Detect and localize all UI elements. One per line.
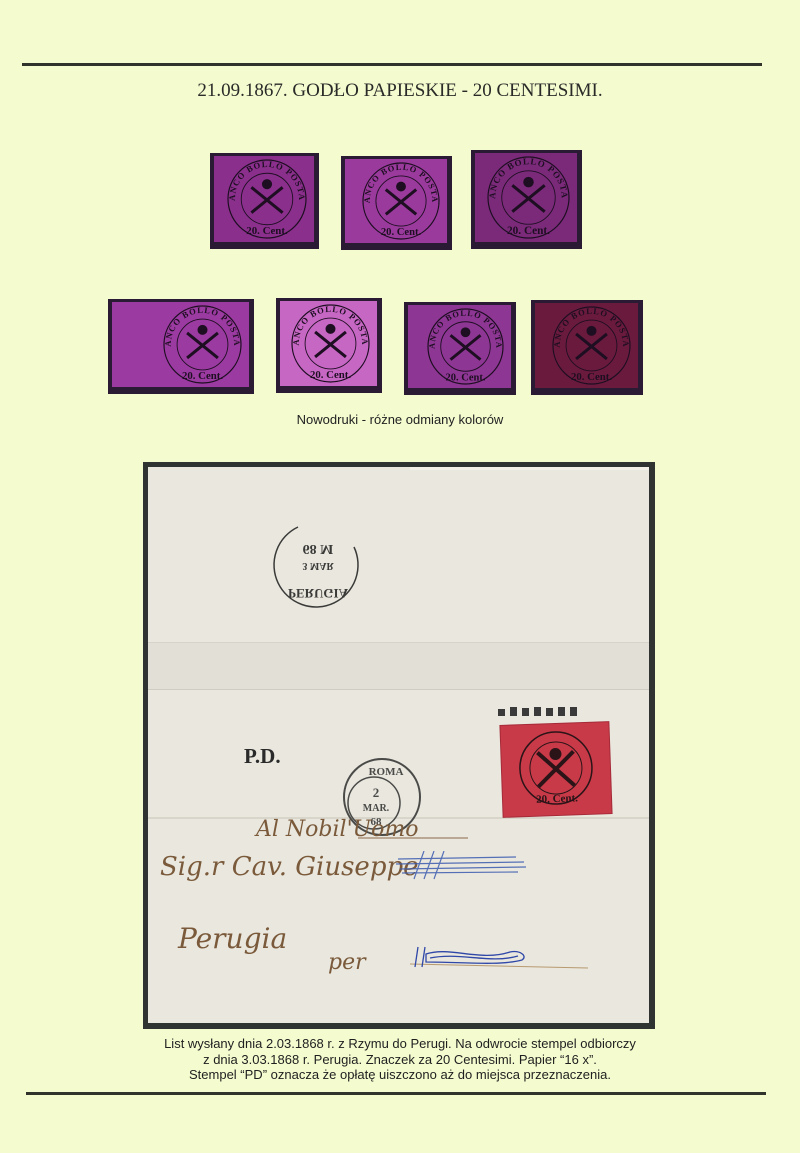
svg-text:3 MAR: 3 MAR xyxy=(302,560,334,571)
postal-cover: PERUGIA 3 MAR 68 M P.D. ROMA 2 MAR. 68 2… xyxy=(148,467,649,1023)
stamp-row2-4: FRANCO BOLLO POSTALE20. Cent. xyxy=(531,300,643,395)
svg-text:20. Cent.: 20. Cent. xyxy=(536,792,579,805)
top-divider xyxy=(22,63,762,66)
stamp-paper: FRANCO BOLLO POSTALE20. Cent. xyxy=(345,159,447,243)
grid-cancel xyxy=(496,703,586,719)
svg-text:20. Cent.: 20. Cent. xyxy=(182,370,223,382)
description-line-1: List wysłany dnia 2.03.1868 r. z Rzymu d… xyxy=(0,1036,800,1052)
address-line-2: Sig.r Cav. Giuseppe xyxy=(160,852,419,882)
stamp-row1-2: FRANCO BOLLO POSTALE20. Cent. xyxy=(341,156,452,250)
stamp-paper: FRANCO BOLLO POSTALE20. Cent. xyxy=(535,303,638,388)
papal-arms-icon: FRANCO BOLLO POSTALE20. Cent. xyxy=(345,159,447,243)
svg-text:2: 2 xyxy=(373,785,380,800)
cover-description: List wysłany dnia 2.03.1868 r. z Rzymu d… xyxy=(0,1036,800,1083)
crossed-out-route xyxy=(410,942,590,972)
svg-text:20. Cent.: 20. Cent. xyxy=(310,369,351,381)
stamp-row1-3: FRANCO BOLLO POSTALE20. Cent. xyxy=(471,150,582,249)
bottom-divider xyxy=(26,1092,766,1095)
svg-text:20. Cent.: 20. Cent. xyxy=(571,371,612,383)
papal-arms-icon: FRANCO BOLLO POSTALE20. Cent. xyxy=(112,302,249,387)
stamp-paper: FRANCO BOLLO POSTALE20. Cent. xyxy=(112,302,249,387)
papal-arms-icon: FRANCO BOLLO POSTALE20. Cent. xyxy=(214,156,314,242)
svg-text:20. Cent.: 20. Cent. xyxy=(446,372,486,383)
svg-text:PERUGIA: PERUGIA xyxy=(288,586,349,601)
svg-text:ROMA: ROMA xyxy=(369,766,404,778)
page-title: 21.09.1867. GODŁO PAPIESKIE - 20 CENTESI… xyxy=(0,80,800,102)
stamp-paper: FRANCO BOLLO POSTALE20. Cent. xyxy=(214,156,314,242)
pd-postmark: P.D. xyxy=(244,744,281,769)
stamp-row1-1: FRANCO BOLLO POSTALE20. Cent. xyxy=(210,153,319,249)
papal-arms-icon: FRANCO BOLLO POSTALE20. Cent. xyxy=(475,153,577,242)
address-line-4: per xyxy=(328,950,366,975)
stamp-row2-3: FRANCO BOLLO POSTALE20. Cent. xyxy=(404,302,516,395)
svg-text:20. Cent.: 20. Cent. xyxy=(246,225,288,237)
cover-stamp: 20. Cent. xyxy=(500,722,611,817)
svg-text:MAR.: MAR. xyxy=(363,803,390,814)
papal-arms-icon: FRANCO BOLLO POSTALE20. Cent. xyxy=(280,301,377,386)
svg-text:20. Cent.: 20. Cent. xyxy=(381,227,422,238)
description-line-2: z dnia 3.03.1868 r. Perugia. Znaczek za … xyxy=(0,1052,800,1068)
papal-arms-icon: FRANCO BOLLO POSTALE20. Cent. xyxy=(408,305,511,388)
address-line-3: Perugia xyxy=(178,922,287,955)
svg-text:68 M: 68 M xyxy=(303,541,334,556)
stamp-row2-1: FRANCO BOLLO POSTALE20. Cent. xyxy=(108,299,254,394)
svg-text:20. Cent.: 20. Cent. xyxy=(507,225,550,237)
reprints-caption: Nowodruki - różne odmiany kolorów xyxy=(0,412,800,427)
stamp-paper: FRANCO BOLLO POSTALE20. Cent. xyxy=(280,301,377,386)
stamp-paper: FRANCO BOLLO POSTALE20. Cent. xyxy=(408,305,511,388)
papal-arms-icon: FRANCO BOLLO POSTALE20. Cent. xyxy=(535,303,638,388)
crossed-out-name xyxy=(396,851,546,881)
cover-fold xyxy=(148,642,649,690)
description-line-3: Stempel “PD” oznacza że opłatę uiszczono… xyxy=(0,1067,800,1083)
back-postmark-perugia: PERUGIA 3 MAR 68 M xyxy=(268,517,368,617)
svg-text:FRANCO BOLLO POSTALE: FRANCO BOLLO POSTALE xyxy=(408,305,503,349)
stamp-row2-2: FRANCO BOLLO POSTALE20. Cent. xyxy=(276,298,382,393)
stamp-paper: FRANCO BOLLO POSTALE20. Cent. xyxy=(475,153,577,242)
